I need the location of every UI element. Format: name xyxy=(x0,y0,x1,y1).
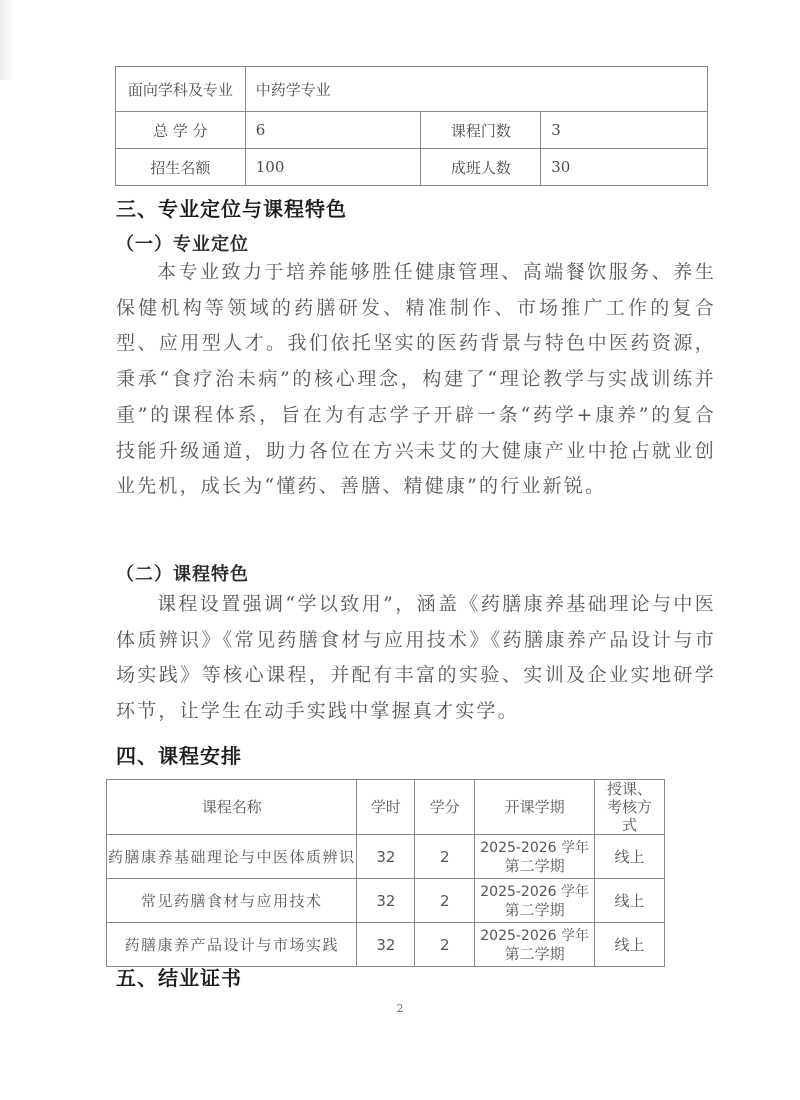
info-row-enrollment: 招生名额 100 成班人数 30 xyxy=(116,149,708,186)
term-year: 2025-2026 学年 xyxy=(480,840,589,856)
course-mode: 线上 xyxy=(595,923,665,967)
table-row: 常见药膳食材与应用技术 32 2 2025-2026 学年第二学期 线上 xyxy=(107,879,665,923)
course-credits: 2 xyxy=(415,835,475,879)
course-mode: 线上 xyxy=(595,879,665,923)
course-name: 药膳康养产品设计与市场实践 xyxy=(107,923,357,967)
term-semester: 第二学期 xyxy=(505,945,565,963)
info-row-credits: 总 学 分 6 课程门数 3 xyxy=(116,112,708,149)
info-value-total-credits: 6 xyxy=(245,112,421,149)
info-label-class-size: 成班人数 xyxy=(421,149,541,186)
section3-sub2-heading: （二）课程特色 xyxy=(116,560,249,586)
info-value-course-count: 3 xyxy=(541,112,708,149)
term-year: 2025-2026 学年 xyxy=(480,884,589,900)
course-mode: 线上 xyxy=(595,835,665,879)
course-table-header: 课程名称 学时 学分 开课学期 授课、考核方式 xyxy=(107,780,665,835)
info-value-class-size: 30 xyxy=(541,149,708,186)
header-hours: 学时 xyxy=(357,780,415,835)
info-value-enrollment: 100 xyxy=(245,149,421,186)
term-semester: 第二学期 xyxy=(505,857,565,875)
course-schedule-table: 课程名称 学时 学分 开课学期 授课、考核方式 药膳康养基础理论与中医体质辨识 … xyxy=(106,779,665,967)
section5-heading: 五、结业证书 xyxy=(116,962,242,991)
section3-sub2-paragraph: 课程设置强调“学以致用”，涵盖《药膳康养基础理论与中医体质辨识》《常见药膳食材与… xyxy=(116,587,716,730)
header-term: 开课学期 xyxy=(475,780,595,835)
program-info-table: 面向学科及专业 中药学专业 总 学 分 6 课程门数 3 招生名额 100 成班… xyxy=(115,66,708,186)
course-term: 2025-2026 学年第二学期 xyxy=(475,835,595,879)
table-row: 药膳康养基础理论与中医体质辨识 32 2 2025-2026 学年第二学期 线上 xyxy=(107,835,665,879)
header-course-name: 课程名称 xyxy=(107,780,357,835)
header-credits: 学分 xyxy=(415,780,475,835)
term-semester: 第二学期 xyxy=(505,901,565,919)
section3-sub1-paragraph: 本专业致力于培养能够胜任健康管理、高端餐饮服务、养生保健机构等领域的药膳研发、精… xyxy=(116,255,716,505)
info-label-enrollment: 招生名额 xyxy=(116,149,246,186)
course-credits: 2 xyxy=(415,879,475,923)
section3-sub1-heading: （一）专业定位 xyxy=(116,230,249,256)
info-row-discipline: 面向学科及专业 中药学专业 xyxy=(116,67,708,112)
course-hours: 32 xyxy=(357,879,415,923)
course-hours: 32 xyxy=(357,923,415,967)
info-label-course-count: 课程门数 xyxy=(421,112,541,149)
term-year: 2025-2026 学年 xyxy=(480,928,589,944)
course-name: 药膳康养基础理论与中医体质辨识 xyxy=(107,835,357,879)
course-term: 2025-2026 学年第二学期 xyxy=(475,923,595,967)
course-name: 常见药膳食材与应用技术 xyxy=(107,879,357,923)
course-hours: 32 xyxy=(357,835,415,879)
info-label-total-credits: 总 学 分 xyxy=(116,112,246,149)
section3-heading: 三、专业定位与课程特色 xyxy=(116,193,347,222)
table-row: 药膳康养产品设计与市场实践 32 2 2025-2026 学年第二学期 线上 xyxy=(107,923,665,967)
course-term: 2025-2026 学年第二学期 xyxy=(475,879,595,923)
section4-heading: 四、课程安排 xyxy=(116,740,242,769)
page-number: 2 xyxy=(0,1002,800,1015)
info-label-discipline: 面向学科及专业 xyxy=(116,67,246,112)
info-value-discipline: 中药学专业 xyxy=(245,67,707,112)
scan-edge-shadow xyxy=(0,0,14,80)
course-credits: 2 xyxy=(415,923,475,967)
header-mode: 授课、考核方式 xyxy=(595,780,665,835)
